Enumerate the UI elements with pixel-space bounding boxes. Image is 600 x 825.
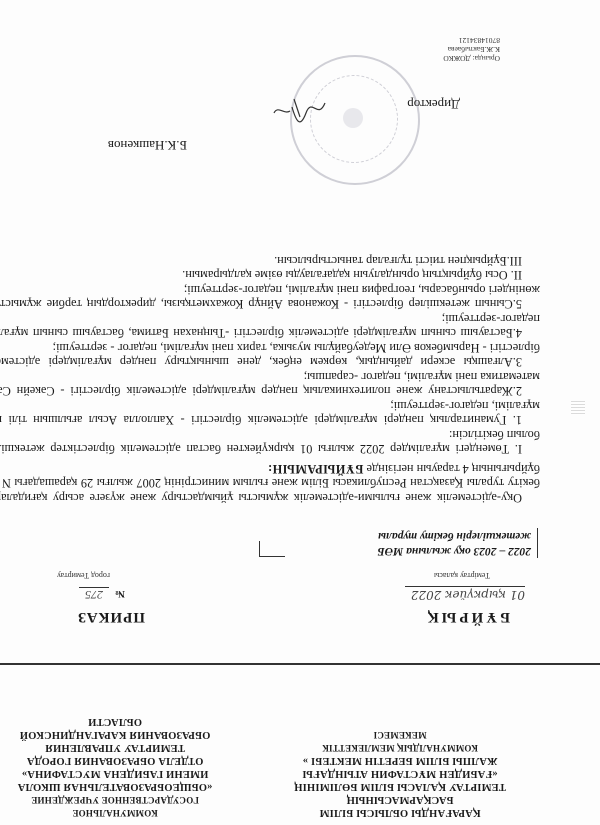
- order-word: БҰЙЫРАМЫН:: [268, 462, 364, 476]
- header-kz-line: ТЕМІРТАУ ҚАЛАСЫ БІЛІМ БӨЛІМІНІҢ: [275, 780, 525, 793]
- header-kazakh: ҚАРАҒАНДЫ ОБЛЫСЫ БІЛІМ БАСҚАРМАСЫНЫҢ ТЕМ…: [275, 728, 525, 819]
- header-kz-line: КОММУНАЛДЫҚ МЕМЛЕКЕТТІК: [275, 741, 525, 754]
- list-item: 5.Сынып жетекшілер бірлестігі - Кожанова…: [0, 283, 540, 312]
- order-number: № 275: [79, 587, 125, 602]
- list-item: 4.Бастауыш сынып мұғалімдері әдістемелік…: [0, 312, 540, 341]
- city-kazakh: Теміртау қаласы: [434, 571, 490, 580]
- executor-info: Орында: ДОЖКО К.Ж.Бактыбаева 87014834121: [443, 36, 500, 63]
- header-ru-line: КОММУНАЛЬНОЕ: [0, 806, 230, 819]
- title-kazakh: БҰЙРЫҚ: [425, 608, 510, 625]
- executor-label: Орында: ДОЖКО: [443, 54, 500, 63]
- header-ru-line: «ОБЩЕОБРАЗОВАТЕЛЬНАЯ ШКОЛА: [0, 780, 230, 793]
- handwritten-date: 01 қыркүйек 2022: [405, 586, 525, 602]
- header-kz-line: ҚАРАҒАНДЫ ОБЛЫСЫ БІЛІМ: [275, 806, 525, 819]
- list-item: 2.Жаратылыстану және политехникалық пәнд…: [0, 370, 540, 399]
- header-ru-line: ТЕМИРТАУ УПРАВЛЕНИЯ: [0, 741, 230, 754]
- executor-phone: 87014834121: [443, 36, 500, 45]
- header-ru-line: ОТДЕЛА ОБРАЗОВАНИЯ ГОРОДА: [0, 754, 230, 767]
- header-ru-line: ОБЛАСТИ: [0, 715, 230, 728]
- handwritten-number: 275: [79, 587, 109, 602]
- subject-bracket: [259, 541, 285, 557]
- director-label: Директор: [407, 96, 460, 112]
- list-item: 1. Гуманитарлық пәндері мұғалімдері әдіс…: [0, 399, 540, 428]
- item-II: II. Осы бұйрықтың орындалуын қадағалауды…: [0, 268, 540, 283]
- header-divider: [0, 663, 600, 665]
- number-label: №: [115, 588, 125, 599]
- item-I: I. Төмендегі мұғалімдер 2022 жылғы 01 қы…: [0, 428, 540, 457]
- header-ru-line: ОБРАЗОВАНИЯ КАРАГАНДИНСКОЙ: [0, 728, 230, 741]
- header-kz-line: МЕКЕМЕСІ: [275, 728, 525, 741]
- header-kz-line: ЖАЛПЫ БІЛІМ БЕРЕТІН МЕКТЕБІ »: [275, 754, 525, 767]
- title-russian: ПРИКАЗ: [77, 608, 145, 625]
- list-item: 3.Алғашқы әскери дайындық, көркем еңбек,…: [0, 341, 540, 370]
- executor-name: К.Ж.Бактыбаева: [443, 45, 500, 54]
- signature-icon: [270, 95, 330, 125]
- order-subject: 2022 – 2023 оқу жылына МӘБ жетекшілерін …: [331, 528, 538, 558]
- preamble: Оқу-әдістемелік және ғылыми-әдістемелік …: [0, 462, 540, 506]
- subject-line: 2022 – 2023 оқу жылына МӘБ: [331, 543, 531, 558]
- header-ru-line: ГОСУДАРСТВЕННОЕ УЧРЕЖДЕНИЕ: [0, 793, 230, 806]
- header-kz-line: «ҒАБИДЕН МҰСТАФИН АТЫНДАҒЫ: [275, 767, 525, 780]
- order-body: Оқу-әдістемелік және ғылыми-әдістемелік …: [0, 254, 540, 506]
- city-russian: город Темиртау: [57, 571, 110, 580]
- header-ru-line: ИМЕНИ ГАБИДЕНА МУСТАФИНА»: [0, 767, 230, 780]
- item-III: III.Бұйрықпен тиісті тұлғалар таныстырыл…: [0, 254, 540, 269]
- director-name: Б.К.Нашкенов: [108, 137, 187, 153]
- header-russian: КОММУНАЛЬНОЕ ГОСУДАРСТВЕННОЕ УЧРЕЖДЕНИЕ …: [0, 715, 230, 819]
- document-page: ҚАРАҒАНДЫ ОБЛЫСЫ БІЛІМ БАСҚАРМАСЫНЫҢ ТЕМ…: [0, 0, 600, 825]
- subject-line: жетекшілерін бекіту туралы: [331, 528, 531, 543]
- header-kz-line: БАСҚАРМАСЫНЫҢ: [275, 793, 525, 806]
- scan-artifact: [571, 401, 585, 415]
